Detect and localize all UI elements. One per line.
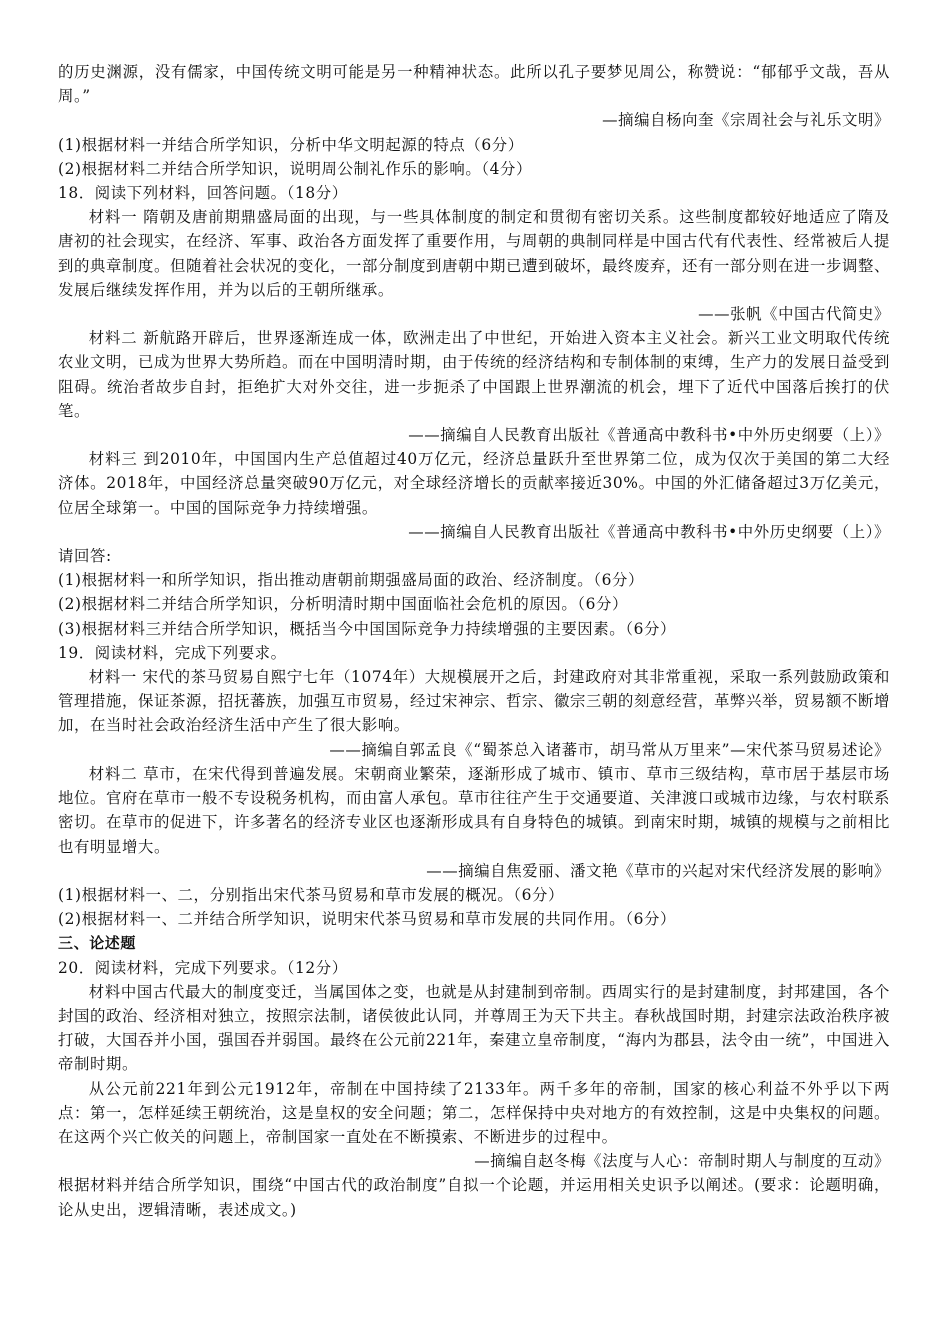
q20-requirement: 根据材料并结合所学知识，围绕“中国古代的政治制度”自拟一个论题，并运用相关史识予… <box>58 1173 890 1221</box>
q18-material-2: 材料二 新航路开辟后，世界逐渐连成一体，欧洲走出了中世纪，开始进入资本主义社会。… <box>58 326 890 423</box>
q17-material-source: —摘编自杨向奎《宗周社会与礼乐文明》 <box>58 108 890 132</box>
q18-material-1-source: ——张帆《中国古代简史》 <box>58 302 890 326</box>
q18-material-3: 材料三 到2010年，中国国内生产总值超过40万亿元，经济总量跃升至世界第二位，… <box>58 447 890 520</box>
q17-subquestion-1: (1)根据材料一并结合所学知识，分析中华文明起源的特点（6分） <box>58 133 890 157</box>
q20-material-source: —摘编自赵冬梅《法度与人心：帝制时期人与制度的互动》 <box>58 1149 890 1173</box>
q18-prompt: 请回答: <box>58 544 890 568</box>
q19-title: 19．阅读材料，完成下列要求。 <box>58 641 890 665</box>
q20-material-paragraph-2: 从公元前221年到公元1912年，帝制在中国持续了2133年。两千多年的帝制，国… <box>58 1077 890 1150</box>
q18-material-3-source: ——摘编自人民教育出版社《普通高中教科书•中外历史纲要（上）》 <box>58 520 890 544</box>
q17-subquestion-2: (2)根据材料二并结合所学知识，说明周公制礼作乐的影响。（4分） <box>58 157 890 181</box>
q18-material-2-source: ——摘编自人民教育出版社《普通高中教科书•中外历史纲要（上）》 <box>58 423 890 447</box>
q19-subquestion-2: (2)根据材料一、二并结合所学知识，说明宋代茶马贸易和草市发展的共同作用。（6分… <box>58 907 890 931</box>
q18-subquestion-2: (2)根据材料二并结合所学知识，分析明清时期中国面临社会危机的原因。（6分） <box>58 592 890 616</box>
q19-material-1: 材料一 宋代的茶马贸易自熙宁七年（1074年）大规模展开之后，封建政府对其非常重… <box>58 665 890 738</box>
q19-material-2-source: ——摘编自焦爱丽、潘文艳《草市的兴起对宋代经济发展的影响》 <box>58 859 890 883</box>
q17-material-continuation: 的历史渊源，没有儒家，中国传统文明可能是另一种精神状态。此所以孔子要梦见周公，称… <box>58 60 890 108</box>
section-3-heading: 三、论述题 <box>58 931 890 955</box>
q19-material-2: 材料二 草市，在宋代得到普遍发展。宋朝商业繁荣，逐渐形成了城市、镇市、草市三级结… <box>58 762 890 859</box>
q18-subquestion-1: (1)根据材料一和所学知识，指出推动唐朝前期强盛局面的政治、经济制度。（6分） <box>58 568 890 592</box>
exam-page: 的历史渊源，没有儒家，中国传统文明可能是另一种精神状态。此所以孔子要梦见周公，称… <box>58 60 890 1222</box>
q18-material-1: 材料一 隋朝及唐前期鼎盛局面的出现，与一些具体制度的制定和贯彻有密切关系。这些制… <box>58 205 890 302</box>
q18-subquestion-3: (3)根据材料三并结合所学知识，概括当今中国国际竞争力持续增强的主要因素。（6分… <box>58 617 890 641</box>
q20-title: 20．阅读材料，完成下列要求。（12分） <box>58 956 890 980</box>
q19-subquestion-1: (1)根据材料一、二，分别指出宋代茶马贸易和草市发展的概况。（6分） <box>58 883 890 907</box>
q18-title: 18．阅读下列材料，回答问题。（18分） <box>58 181 890 205</box>
q19-material-1-source: ——摘编自郭孟良《“蜀茶总入诸蕃市，胡马常从万里来”—宋代茶马贸易述论》 <box>58 738 890 762</box>
q20-material-paragraph-1: 材料中国古代最大的制度变迁，当属国体之变，也就是从封建制到帝制。西周实行的是封建… <box>58 980 890 1077</box>
